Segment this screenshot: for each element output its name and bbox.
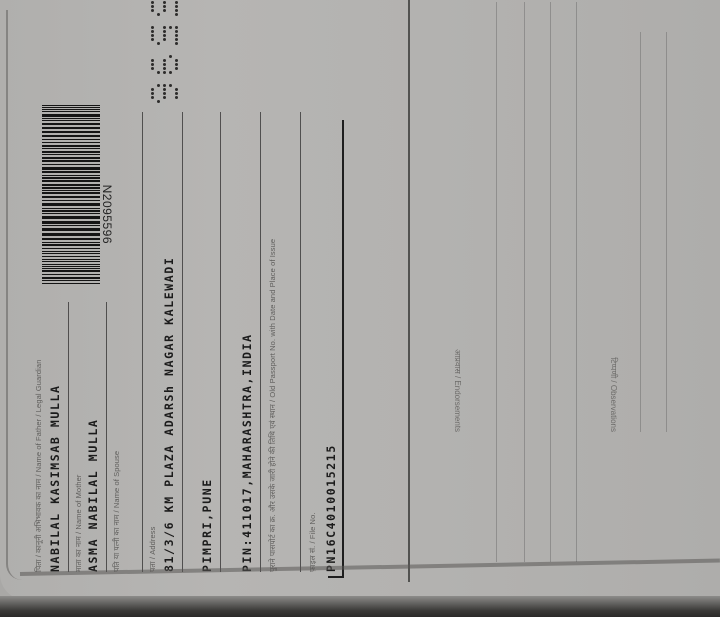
page-fold <box>408 0 410 582</box>
barcode-bar <box>42 200 100 202</box>
perforation-dot <box>175 92 178 95</box>
perforation-dot <box>163 34 166 37</box>
divider <box>300 112 301 572</box>
perforation-dot <box>175 59 178 62</box>
perforation-dot <box>151 92 154 95</box>
barcode-bar <box>42 238 100 240</box>
barcode-bar <box>42 157 100 159</box>
perforated-char <box>148 55 178 75</box>
divider <box>182 112 183 572</box>
perforation-dot <box>151 26 154 29</box>
perforation-dot <box>151 88 154 91</box>
barcode-bar <box>42 213 100 214</box>
barcode-bar <box>42 274 100 275</box>
barcode-bar <box>42 248 100 249</box>
barcode-bar <box>42 259 100 260</box>
barcode-bar <box>42 261 100 262</box>
perforation-dot <box>163 88 166 91</box>
barcode-bar <box>42 175 100 176</box>
barcode-bar <box>42 151 100 153</box>
barcode-bar <box>42 127 100 129</box>
barcode-bar <box>42 114 100 116</box>
divider <box>220 112 221 572</box>
barcode-bar <box>42 228 100 230</box>
barcode-bar <box>42 236 100 237</box>
barcode-bar <box>42 170 100 171</box>
perforation-dot <box>163 84 166 87</box>
address-line-1: 81/3/6 KM PLAZA ADARSh NAGAR KALEWADI <box>162 112 176 572</box>
address-label: पता / Address <box>148 112 158 572</box>
entry-line <box>524 2 525 562</box>
perforation-dot <box>169 26 172 29</box>
barcode-bar <box>42 210 100 212</box>
perforation-dot <box>163 63 166 66</box>
old-passport-label: पुराने पासपोर्ट का क्र. और उसके जारी होन… <box>268 112 278 572</box>
barcode-bar <box>42 160 100 162</box>
perforated-char <box>148 0 178 17</box>
barcode-bar <box>42 233 100 235</box>
barcode-bar <box>42 112 100 113</box>
perforation-dot <box>163 5 166 8</box>
passport-details-section: पिता / कानूनी अभिभावक का नाम / Name of F… <box>28 18 406 584</box>
barcode-bar <box>42 251 100 252</box>
barcode-bar <box>42 145 100 147</box>
barcode-bar <box>42 270 100 272</box>
perforation-dot <box>175 42 178 45</box>
barcode-bar <box>42 177 100 179</box>
barcode-bar <box>42 203 100 205</box>
barcode-bar <box>42 269 100 270</box>
barcode-bar <box>42 105 100 106</box>
perforation-dot <box>157 71 160 74</box>
barcode-bar <box>42 148 100 149</box>
barcode-bar <box>42 167 100 169</box>
perforated-passport-number <box>148 0 178 104</box>
perforation-dot <box>151 38 154 41</box>
perforation-dot <box>163 67 166 70</box>
file-no-value-wrap: PN16C4010015215 <box>324 112 338 572</box>
barcode-bar <box>42 221 100 223</box>
barcode-bar <box>42 109 100 110</box>
perforation-dot <box>175 38 178 41</box>
perforation-dot <box>151 30 154 33</box>
perforation-dot <box>175 1 178 4</box>
divider <box>260 112 261 572</box>
file-box-bottom <box>342 120 344 578</box>
perforation-dot <box>157 84 160 87</box>
barcode-bar <box>42 164 100 165</box>
page-curl <box>6 10 22 580</box>
perforation-dot <box>151 63 154 66</box>
perforation-dot <box>151 34 154 37</box>
barcode-bar <box>42 131 100 133</box>
passport-page: पिता / कानूनी अभिभावक का नाम / Name of F… <box>0 0 720 600</box>
barcode-bar <box>42 264 100 266</box>
perforation-dot <box>163 92 166 95</box>
barcode-bar <box>42 283 100 284</box>
perforation-dot <box>169 71 172 74</box>
barcode-bar <box>42 184 100 186</box>
perforation-dot <box>163 1 166 4</box>
divider <box>106 302 107 572</box>
barcode-bar <box>42 139 100 140</box>
perforation-dot <box>163 59 166 62</box>
address-line-2-wrap: PIMPRI,PUNE <box>200 112 214 572</box>
perforation-dot <box>163 9 166 12</box>
address-line-3-wrap: PIN:411017,MAHARASHTRA,INDIA <box>240 112 254 572</box>
perforation-dot <box>163 71 166 74</box>
barcode-bar <box>42 192 100 194</box>
barcode-bar <box>42 253 100 254</box>
file-no-label: फ़ाइल सं. / File No. <box>308 112 318 572</box>
file-no-value: PN16C4010015215 <box>324 112 338 572</box>
barcode-bar <box>42 190 100 191</box>
perforation-dot <box>151 9 154 12</box>
barcode-bar <box>42 118 100 119</box>
perforated-char <box>148 84 178 104</box>
old-passport-field: पुराने पासपोर्ट का क्र. और उसके जारी होन… <box>268 112 278 572</box>
perforation-dot <box>163 26 166 29</box>
barcode-bar <box>42 242 100 243</box>
perforation-dot <box>157 13 160 16</box>
perforation-dot <box>169 84 172 87</box>
barcode-bar <box>42 187 100 189</box>
barcode-bar <box>42 171 100 173</box>
spouse-name-field: पति या पत्नी का नाम / Name of Spouse <box>112 112 122 572</box>
barcode-bar <box>42 155 100 156</box>
address-field: पता / Address <box>148 112 158 572</box>
address-line-2: PIMPRI,PUNE <box>200 112 214 572</box>
perforation-dot <box>175 5 178 8</box>
perforation-dot <box>175 26 178 29</box>
divider <box>68 302 69 572</box>
perforation-dot <box>151 96 154 99</box>
barcode-bar <box>42 225 100 227</box>
perforation-dot <box>163 30 166 33</box>
barcode-bar <box>42 219 100 220</box>
perforation-dot <box>175 30 178 33</box>
address-line-3: PIN:411017,MAHARASHTRA,INDIA <box>240 112 254 572</box>
barcode-bar <box>42 208 100 210</box>
barcode-bar <box>42 256 100 257</box>
perforation-dot <box>151 5 154 8</box>
barcode-bar <box>42 121 100 122</box>
file-no-field: फ़ाइल सं. / File No. <box>308 112 318 572</box>
observations-header: टिप्पणी / Observations <box>608 357 619 432</box>
background-shadow <box>0 596 720 617</box>
perforation-dot <box>157 100 160 103</box>
barcode-bar <box>42 123 100 125</box>
barcode-bar <box>42 107 100 109</box>
perforation-dot <box>151 67 154 70</box>
barcode-bar <box>42 196 100 198</box>
entry-line <box>576 2 577 562</box>
entry-line <box>496 2 497 562</box>
address-line-1-wrap: 81/3/6 KM PLAZA ADARSh NAGAR KALEWADI <box>162 112 176 572</box>
barcode-bar <box>42 266 100 267</box>
perforation-dot <box>175 34 178 37</box>
perforation-dot <box>151 59 154 62</box>
barcode-number: N2095596 <box>100 185 114 244</box>
perforated-char <box>148 26 178 46</box>
entry-line <box>550 2 551 562</box>
barcode-bar <box>42 180 100 181</box>
entry-line <box>640 32 641 432</box>
entry-line <box>666 32 667 432</box>
endorsements-header: आप्रवास / Endorsements <box>452 349 463 432</box>
barcode-bar <box>42 216 100 218</box>
file-box-corner <box>328 576 344 578</box>
barcode-bar <box>42 142 100 143</box>
barcode <box>42 104 100 284</box>
perforation-dot <box>151 1 154 4</box>
perforation-dot <box>169 55 172 58</box>
perforation-dot <box>175 96 178 99</box>
perforation-dot <box>175 63 178 66</box>
perforation-dot <box>157 42 160 45</box>
barcode-bar <box>42 244 100 246</box>
perforation-dot <box>175 13 178 16</box>
observations-section: टिप्पणी / Observations आप्रवास / Endorse… <box>412 0 720 582</box>
divider <box>142 112 143 572</box>
barcode-bar <box>42 281 100 282</box>
spouse-name-label: पति या पत्नी का नाम / Name of Spouse <box>112 112 122 572</box>
perforation-dot <box>175 67 178 70</box>
perforation-dot <box>175 88 178 91</box>
perforation-dot <box>163 96 166 99</box>
barcode-bar <box>42 135 100 137</box>
barcode-bar <box>42 277 100 279</box>
perforation-dot <box>175 9 178 12</box>
perforation-dot <box>163 38 166 41</box>
